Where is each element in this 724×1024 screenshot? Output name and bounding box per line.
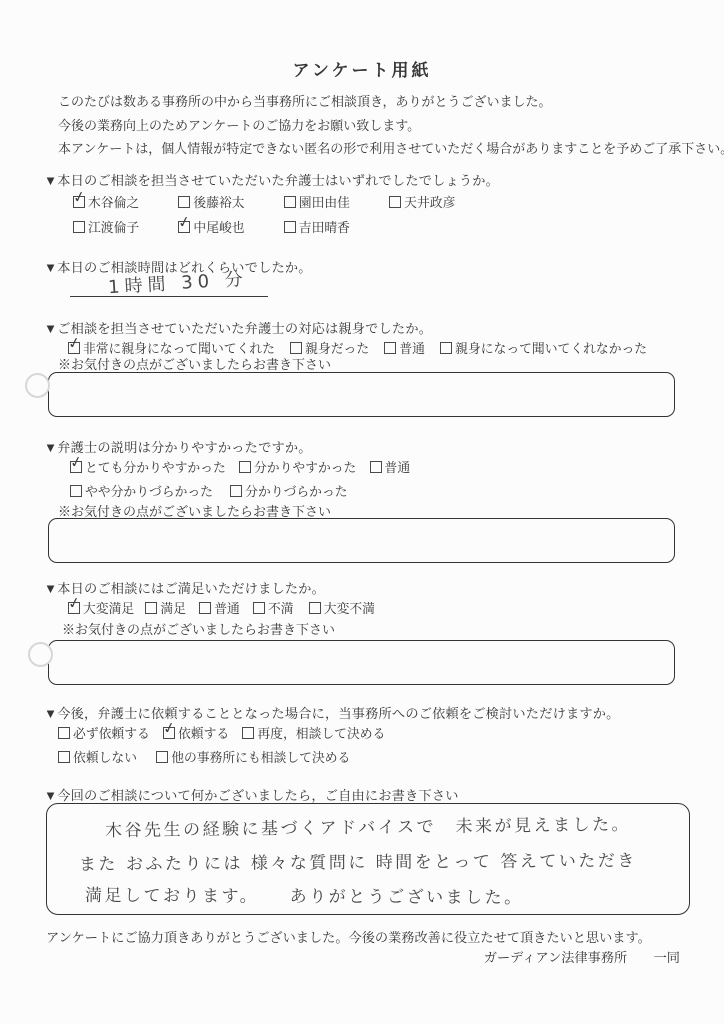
checkbox: ✓ [68,602,80,614]
q1-heading: ▼本日のご相談を担当させていただいた弁護士はいずれでしたでしょうか。 [44,170,499,189]
checkbox [389,196,401,208]
q3-comment-box[interactable] [48,372,675,417]
option-label: 木谷倫之 [88,196,139,210]
checkbox-option-q1-7[interactable]: 吉田晴香 [284,217,350,236]
checkbox [58,751,70,763]
q5-comment-box[interactable] [48,640,675,685]
checkbox-option-q4-1[interactable]: ✓とても分かりやすかった [70,457,226,476]
checkbox-option-q6-3[interactable]: 再度，相談して決める [242,723,385,742]
q4-comment-box[interactable] [48,518,675,563]
checkbox [309,602,321,614]
checkbox [70,485,82,497]
checkbox-option-q5-2[interactable]: 満足 [145,598,186,617]
checkbox-option-q3-3[interactable]: 普通 [384,338,425,357]
checkbox [239,461,251,473]
option-label: 後藤裕太 [193,196,244,210]
checkbox [145,602,157,614]
survey-form-page: アンケート用紙 このたびは数ある事務所の中から当事務所にご相談頂き，ありがとうご… [0,0,724,1024]
option-label: 分かりづらかった [245,485,347,499]
checkbox-option-q6-2[interactable]: ✓依頼する [163,723,229,742]
q3-heading: ▼ご相談を担当させていただいた弁護士の対応は親身でしたか。 [44,318,432,337]
checkbox-option-q5-4[interactable]: 不満 [253,598,294,617]
footer-thanks: アンケートにご協力頂きありがとうございました。今後の業務改善に役立たせて頂きたい… [46,927,651,946]
q6-options-row1: 必ず依頼する ✓依頼する 再度，相談して決める [58,723,385,742]
checkbox-option-q6-4[interactable]: 依頼しない [58,747,137,766]
checkbox [384,342,396,354]
option-label: やや分かりづらかった [85,485,213,499]
punch-hole [25,373,50,398]
checkbox [290,342,302,354]
checkbox-option-q4-2[interactable]: 分かりやすかった [239,457,356,476]
option-label: 大変満足 [83,602,134,616]
checkbox-option-q1-6[interactable]: ✓中尾峻也 [178,217,244,236]
option-label: 必ず依頼する [73,727,150,741]
option-label: 依頼しない [73,751,137,765]
checkbox [230,485,242,497]
q6-options-row2: 依頼しない 他の事務所にも相談して決める [58,747,350,766]
checkbox [178,196,190,208]
checkbox [253,602,265,614]
q4-options-row1: ✓とても分かりやすかった 分かりやすかった 普通 [70,457,410,476]
q5-heading: ▼本日のご相談にはご満足いただけましたか。 [44,578,325,597]
checkbox-option-q1-5[interactable]: 江渡倫子 [73,217,139,236]
option-label: 分かりやすかった [254,461,356,475]
checkmark-icon: ✓ [177,212,193,232]
checkbox [440,342,452,354]
checkbox-option-q4-3[interactable]: 普通 [370,457,411,476]
checkbox-option-q1-2[interactable]: 後藤裕太 [178,192,244,211]
intro-line: 今後の業務向上のためアンケートのご協力をお願い致します。 [58,114,724,138]
option-label: 不満 [268,602,294,616]
option-label: 園田由佳 [299,196,350,210]
checkmark-icon: ✓ [71,187,87,207]
form-title: アンケート用紙 [0,56,724,81]
checkbox-option-q4-4[interactable]: やや分かりづらかった [70,481,213,500]
option-label: 大変不満 [324,602,375,616]
checkbox-option-q4-5[interactable]: 分かりづらかった [230,481,347,500]
checkbox [58,727,70,739]
checkbox-option-q1-1[interactable]: ✓木谷倫之 [73,192,139,211]
q4-options-row2: やや分かりづらかった 分かりづらかった [70,481,348,500]
checkbox-option-q3-4[interactable]: 親身になって聞いてくれなかった [440,338,647,357]
checkbox-option-q6-1[interactable]: 必ず依頼する [58,723,150,742]
q5-options-row: ✓大変満足 満足 普通 不満 大変不満 [68,598,375,617]
intro-line: 本アンケートは，個人情報が特定できない匿名の形で利用させていただく場合があります… [58,137,724,161]
checkbox [156,751,168,763]
handwritten-comment-line: 木谷先生の経験に基づくアドバイスで 未来が見えました。 [105,810,631,841]
checkbox: ✓ [163,727,175,739]
checkbox: ✓ [178,221,190,233]
option-label: 普通 [214,602,240,616]
option-label: 再度，相談して決める [257,727,385,741]
q1-options-row2: 江渡倫子 ✓中尾峻也 吉田晴香 [73,217,350,236]
checkbox [199,602,211,614]
checkbox: ✓ [73,196,85,208]
intro-line: このたびは数ある事務所の中から当事務所にご相談頂き，ありがとうございました。 [58,90,724,114]
option-label: 満足 [160,602,186,616]
note-label-q3: ※お気付きの点がございましたらお書き下さい [58,354,331,373]
q1-options-row1: ✓木谷倫之 後藤裕太 園田由佳 天井政彦 [73,192,455,211]
option-label: 他の事務所にも相談して決める [171,751,350,765]
option-label: 普通 [385,461,411,475]
option-label: 中尾峻也 [193,221,244,235]
free-comment-box[interactable]: 木谷先生の経験に基づくアドバイスで 未来が見えました。 また おふたりには 様々… [46,803,690,915]
option-label: 依頼する [178,727,229,741]
option-label: 親身になって聞いてくれなかった [455,342,647,356]
intro-paragraph: このたびは数ある事務所の中から当事務所にご相談頂き，ありがとうございました。 今… [58,90,724,161]
option-label: とても分かりやすかった [85,461,226,475]
checkbox-option-q1-3[interactable]: 園田由佳 [284,192,350,211]
punch-hole [28,642,53,667]
note-label-q5: ※お気付きの点がございましたらお書き下さい [62,619,335,638]
q7-heading: ▼今回のご相談について何かございましたら，ご自由にお書き下さい [44,785,459,804]
checkbox-option-q6-5[interactable]: 他の事務所にも相談して決める [156,747,350,766]
checkbox [284,221,296,233]
checkbox [370,461,382,473]
checkbox-option-q5-5[interactable]: 大変不満 [309,598,375,617]
q6-heading: ▼今後，弁護士に依頼することとなった場合に，当事務所へのご依頼をご検討いただけま… [44,703,620,722]
q4-heading: ▼弁護士の説明は分かりやすかったですか。 [44,437,312,456]
checkbox [242,727,254,739]
answer-underline[interactable] [70,295,268,297]
handwritten-comment-line: 満足しております。 ありがとうございました。 [85,881,524,908]
checkbox: ✓ [70,461,82,473]
checkbox [73,221,85,233]
checkbox-option-q5-1[interactable]: ✓大変満足 [68,598,134,617]
option-label: 普通 [399,342,425,356]
checkbox [284,196,296,208]
checkbox: ✓ [68,342,80,354]
footer-signature: ガーディアン法律事務所 一同 [484,947,680,966]
option-label: 江渡倫子 [88,221,139,235]
checkbox-option-q5-3[interactable]: 普通 [199,598,240,617]
option-label: 天井政彦 [404,196,455,210]
checkbox-option-q1-4[interactable]: 天井政彦 [389,192,455,211]
handwritten-comment-line: また おふたりには 様々な質問に 時間をとって 答えていただき [79,846,637,875]
option-label: 吉田晴香 [299,221,350,235]
